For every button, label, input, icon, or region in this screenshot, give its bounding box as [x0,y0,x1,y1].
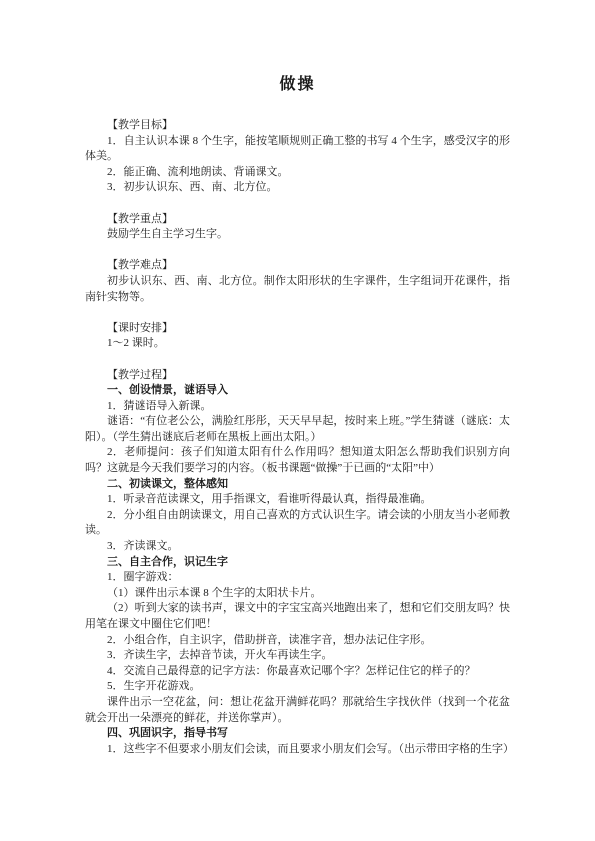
document-title: 做操 [0,0,595,95]
paragraph: 鼓励学生自主学习生字。 [85,227,510,243]
paragraph: （2）听到大家的读书声，课文中的字宝宝高兴地跑出来了，想和它们交朋友吗？快用笔在… [85,601,510,632]
paragraph: 1．圈字游戏： [85,570,510,586]
paragraph: 2．能正确、流利地朗读、背诵课文。 [85,165,510,181]
step-heading: 三、自主合作，识记生字 [85,555,510,571]
paragraph: 2．分小组自由朗读课文，用自己喜欢的方式认识生字。请会读的小朋友当小老师教读。 [85,508,510,539]
section-heading: 【教学难点】 [85,258,510,274]
paragraph: 3．初步认识东、西、南、北方位。 [85,180,510,196]
paragraph: 谜语：“有位老公公，满脸红彤彤，天天早早起，按时来上班。”学生猜谜（谜底：太阳）… [85,414,510,445]
step-heading: 一、创设情景，谜语导入 [85,383,510,399]
paragraph: 初步认识东、西、南、北方位。制作太阳形状的生字课件，生字组词开花课件，指南针实物… [85,274,510,305]
paragraph: 4．交流自己最得意的记字方法：你最喜欢记哪个字？怎样记住它的样子的？ [85,664,510,680]
paragraph: （1）课件出示本课 8 个生字的太阳状卡片。 [85,586,510,602]
paragraph: 1．听录音范读课文，用手指课文，看谁听得最认真，指得最准确。 [85,492,510,508]
document-body: 【教学目标】1．自主认识本课 8 个生字，能按笔顺规则正确工整的书写 4 个生字… [85,118,510,757]
step-heading: 四、巩固识字，指导书写 [85,726,510,742]
section-heading: 【教学重点】 [85,212,510,228]
section-heading: 【课时安排】 [85,321,510,337]
paragraph: 1～2 课时。 [85,336,510,352]
paragraph: 2．小组合作，自主识字，借助拼音，读准字音，想办法记住字形。 [85,633,510,649]
paragraph: 1．猜谜语导入新课。 [85,399,510,415]
step-heading: 二、初读课文，整体感知 [85,477,510,493]
section-heading: 【教学过程】 [85,368,510,384]
paragraph: 2．老师提问：孩子们知道太阳有什么作用吗？想知道太阳怎么帮助我们识别方向吗？这就… [85,445,510,476]
paragraph: 3．齐读课文。 [85,539,510,555]
paragraph: 1．自主认识本课 8 个生字，能按笔顺规则正确工整的书写 4 个生字，感受汉字的… [85,134,510,165]
paragraph: 课件出示一空花盆，问：想让花盆开满鲜花吗？那就给生字找伙伴（找到一个花盆就会开出… [85,695,510,726]
section-heading: 【教学目标】 [85,118,510,134]
document-page: 做操 【教学目标】1．自主认识本课 8 个生字，能按笔顺规则正确工整的书写 4 … [0,0,595,841]
paragraph: 1．这些字不但要求小朋友们会读，而且要求小朋友们会写。（出示带田字格的生字） [85,742,510,758]
paragraph: 5．生字开花游戏。 [85,679,510,695]
paragraph: 3．齐读生字，去掉音节读，开火车再读生字。 [85,648,510,664]
